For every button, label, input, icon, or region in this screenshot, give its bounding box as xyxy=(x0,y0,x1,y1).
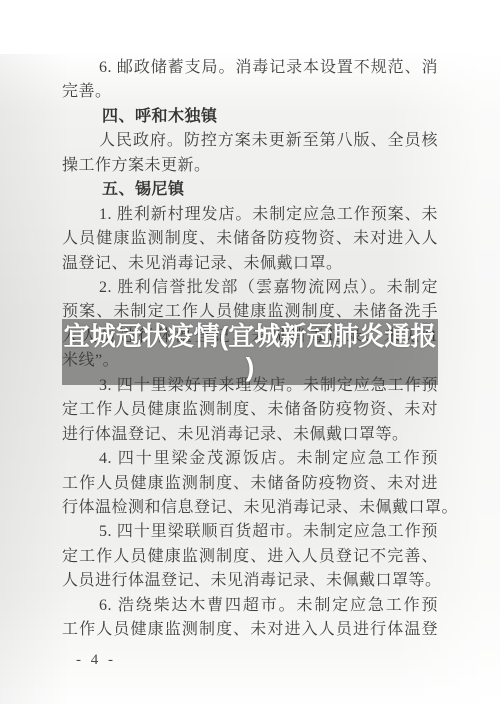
doc-line: 定工作人员健康监测制度、未储备防疫物资、未对进入人员 xyxy=(62,398,438,422)
doc-line: 定工作人员健康监测制度、进入人员登记不完善、未对进入 xyxy=(62,545,438,569)
doc-line: 温登记、未见消毒记录、未佩戴口罩。 xyxy=(62,252,438,276)
doc-line: 人员进行体温登记、未见消毒记录、未佩戴口罩等。 xyxy=(62,569,438,593)
watermark-title-line1: 宜城冠状疫情(宜城新冠肺炎通报 xyxy=(64,321,437,351)
doc-line: 进行体温登记、未见消毒记录、未佩戴口罩等。 xyxy=(62,423,438,447)
doc-line: 1. 胜利新村理发店。未制定应急工作预案、未制定工作 xyxy=(62,203,438,227)
watermark-title: 宜城冠状疫情(宜城新冠肺炎通报 ) xyxy=(62,320,438,382)
doc-line: 6. 浩绕柴达木曹四超市。未制定应急工作预案、未制定 xyxy=(62,594,438,618)
doc-line: 6. 邮政储蓄支局。消毒记录本设置不规范、消毒记录不 xyxy=(62,56,438,80)
doc-line: 完善。 xyxy=(62,80,438,104)
section-heading: 四、呼和木独镇 xyxy=(62,105,438,129)
doc-line: 工作人员健康监测制度、未对进入人员进行体温登记、未见 xyxy=(62,618,438,642)
doc-line: 5. 四十里梁联顺百货超市。未制定应急工作预案、未制 xyxy=(62,520,438,544)
section-heading: 五、锡尼镇 xyxy=(62,178,438,202)
watermark-title-line2: ) xyxy=(62,352,438,382)
page-number: - 4 - xyxy=(76,652,116,669)
doc-line: 2. 胜利信誉批发部（雲嘉物流网点）。未制定应急工作 xyxy=(62,276,438,300)
doc-line: 人民政府。防控方案未更新至第八版、全员核酸检测实 xyxy=(62,129,438,153)
doc-line: 人员健康监测制度、未储备防疫物资、未对进入人员进行体 xyxy=(62,227,438,251)
doc-line: 操工作方案未更新。 xyxy=(62,154,438,178)
doc-line: 行体温检测和信息登记、未见消毒记录、未佩戴口罩。 xyxy=(62,496,438,520)
doc-line: 4. 四十里梁金茂源饭店。未制定应急工作预案、未制定 xyxy=(62,447,438,471)
doc-line: 工作人员健康监测制度、未储备防疫物资、未对进入人员进 xyxy=(62,472,438,496)
watermark-banner: 宜城冠状疫情(宜城新冠肺炎通报 ) xyxy=(62,319,438,385)
